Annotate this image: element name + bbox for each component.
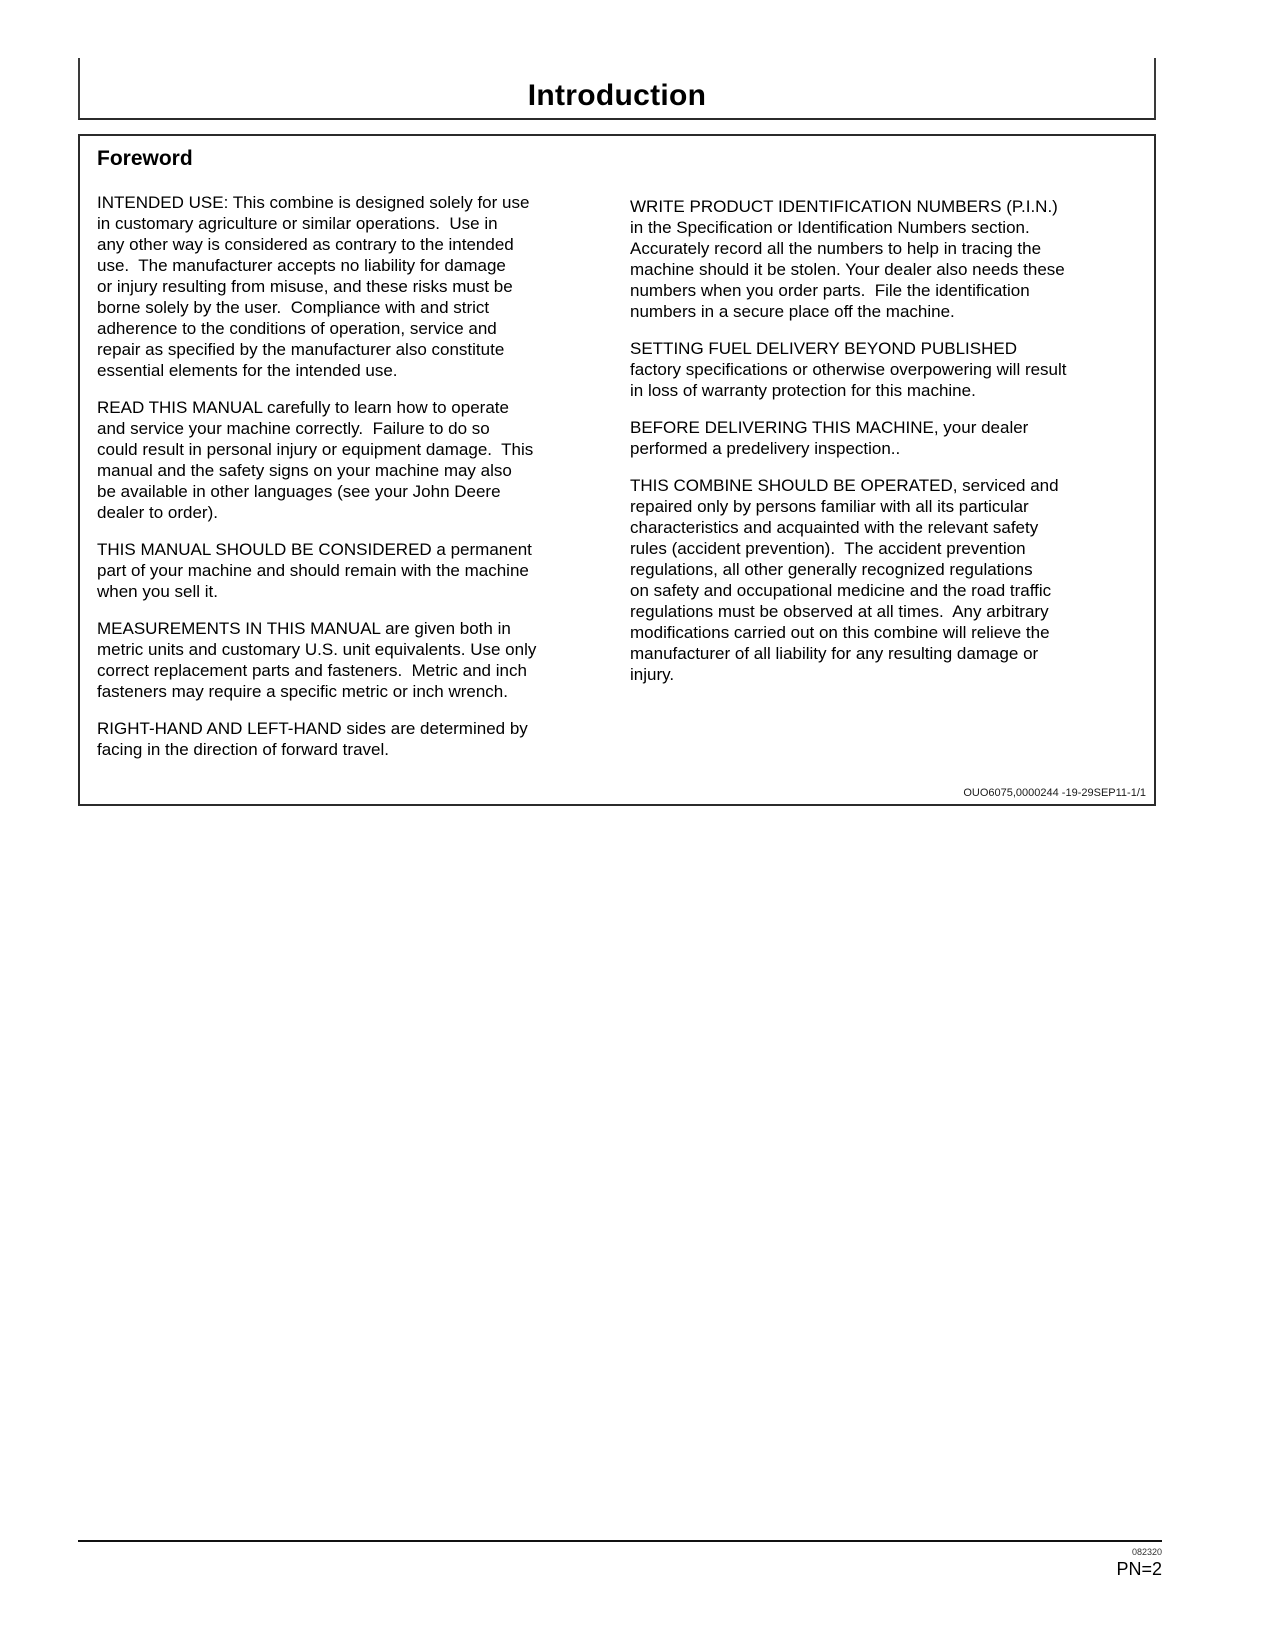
footer-print-code: 082320 — [78, 1547, 1162, 1557]
paragraph-combine-operated: THIS COMBINE SHOULD BE OPERATED, service… — [630, 475, 1135, 685]
reference-code: OUO6075,0000244 -19-29SEP11-1/1 — [963, 787, 1146, 800]
paragraph-right-left-hand: RIGHT-HAND AND LEFT-HAND sides are deter… — [97, 718, 602, 760]
foreword-heading: Foreword — [97, 147, 1138, 171]
left-column: INTENDED USE: This combine is designed s… — [97, 192, 602, 776]
paragraph-before-delivering: BEFORE DELIVERING THIS MACHINE, your dea… — [630, 417, 1135, 459]
section-title-box: Introduction — [78, 58, 1156, 120]
paragraph-measurements: MEASUREMENTS IN THIS MANUAL are given bo… — [97, 618, 602, 702]
foreword-box: Foreword INTENDED USE: This combine is d… — [78, 134, 1156, 806]
paragraph-fuel-delivery: SETTING FUEL DELIVERY BEYOND PUBLISHED f… — [630, 338, 1135, 401]
paragraph-manual-considered: THIS MANUAL SHOULD BE CONSIDERED a perma… — [97, 539, 602, 602]
page-number: PN=2 — [78, 1559, 1162, 1579]
right-column: WRITE PRODUCT IDENTIFICATION NUMBERS (P.… — [630, 192, 1135, 776]
manual-page: Introduction Foreword INTENDED USE: This… — [0, 0, 1275, 1650]
paragraph-write-pin: WRITE PRODUCT IDENTIFICATION NUMBERS (P.… — [630, 196, 1135, 322]
footer-rule — [78, 1540, 1162, 1542]
paragraph-read-this-manual: READ THIS MANUAL carefully to learn how … — [97, 397, 602, 523]
two-column-text: INTENDED USE: This combine is designed s… — [97, 192, 1138, 776]
page-title: Introduction — [528, 81, 707, 111]
paragraph-intended-use: INTENDED USE: This combine is designed s… — [97, 192, 602, 381]
